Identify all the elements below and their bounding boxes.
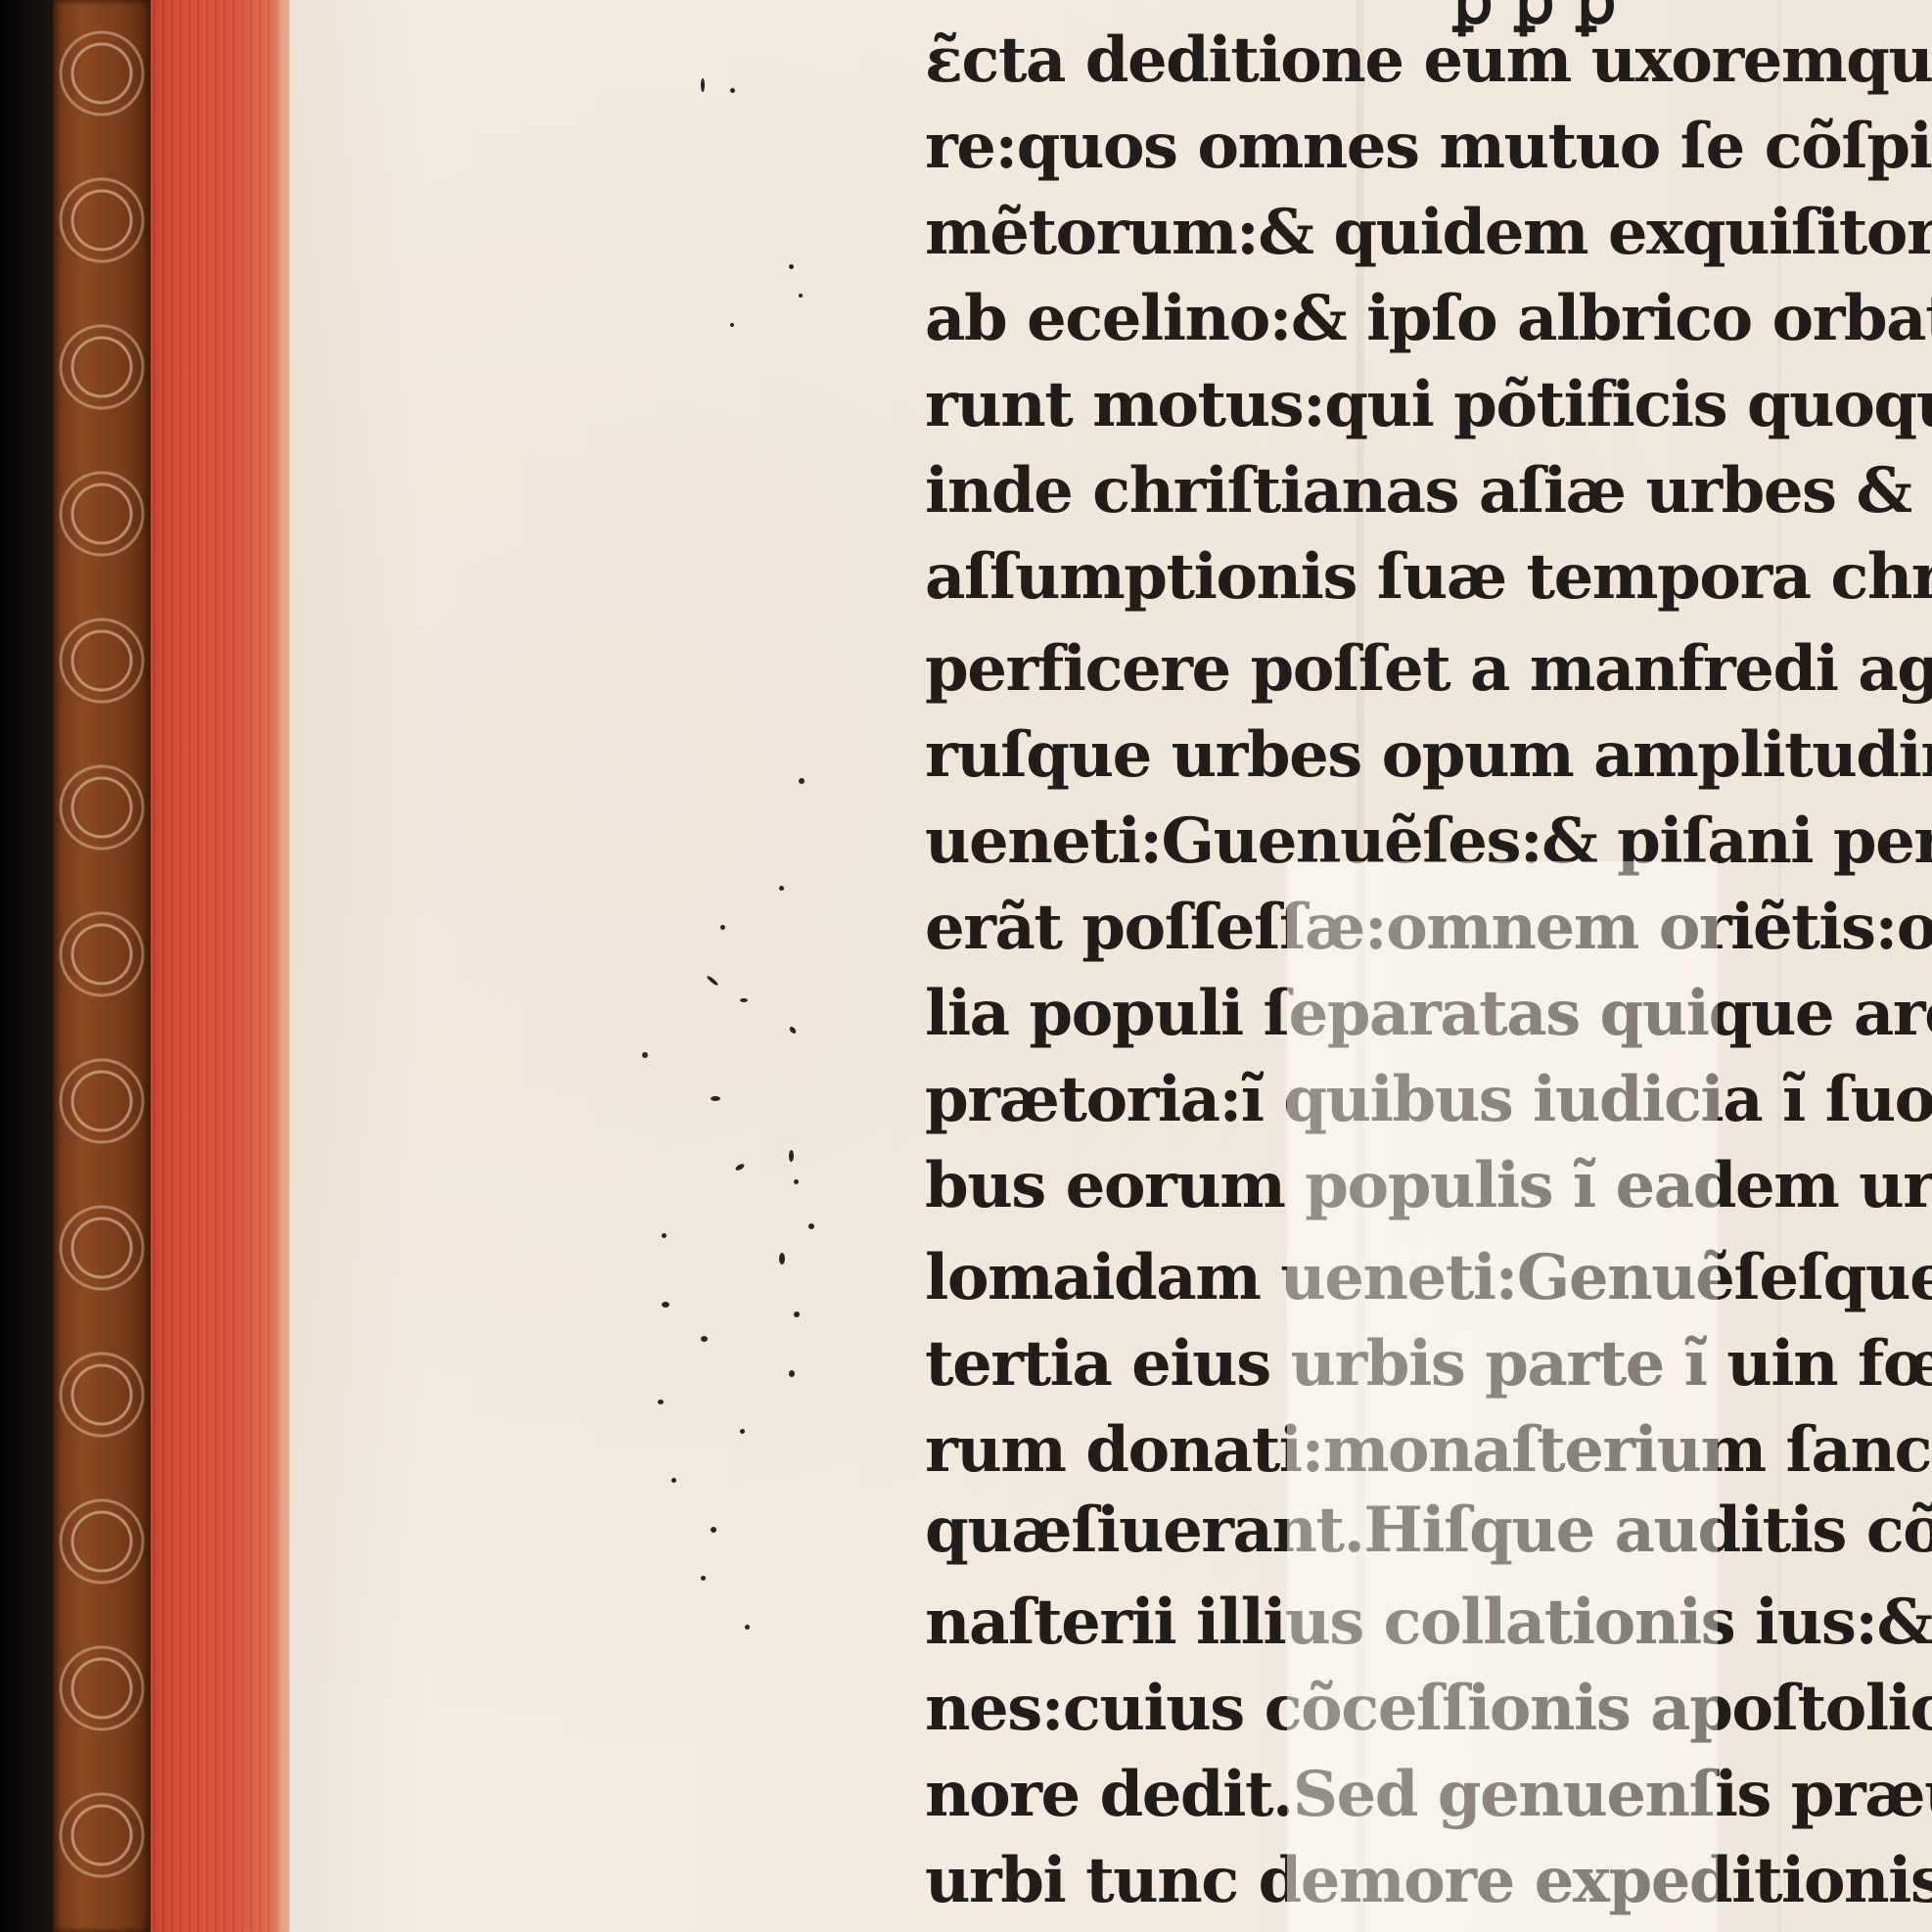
text-line: ab ecelino:& ipſo albrico orbatĩ e: bbox=[925, 288, 1932, 350]
text-line: re:quos omnes mutuo ſe cõſpiciẽt bbox=[925, 115, 1932, 178]
text-line: perficere poſſet a manfredi agitati bbox=[925, 638, 1932, 701]
text-line: ruſque urbes opum amplitudine: bbox=[925, 724, 1932, 787]
text-line: aſſumptionis ſuæ tempora chriſtia bbox=[925, 546, 1932, 609]
red-stained-page-edges bbox=[151, 0, 290, 1932]
dark-background bbox=[0, 0, 53, 1932]
printed-latin-text-block: ꝑ ꝑ ꝑ ɛ̃cta deditione eum uxoremque:& re… bbox=[925, 0, 1932, 1932]
text-line: inde chriſtianas aſiæ urbes & inſu bbox=[925, 460, 1932, 523]
text-line: mẽtorum:& quidem exquiſitorum bbox=[925, 202, 1932, 264]
text-line: ɛ̃cta deditione eum uxoremque:& bbox=[925, 29, 1932, 92]
repaired-paper-strip bbox=[1287, 861, 1718, 1932]
tooled-leather-binding bbox=[53, 0, 151, 1932]
text-line: runt motus:qui põtificis quoque a bbox=[925, 374, 1932, 437]
